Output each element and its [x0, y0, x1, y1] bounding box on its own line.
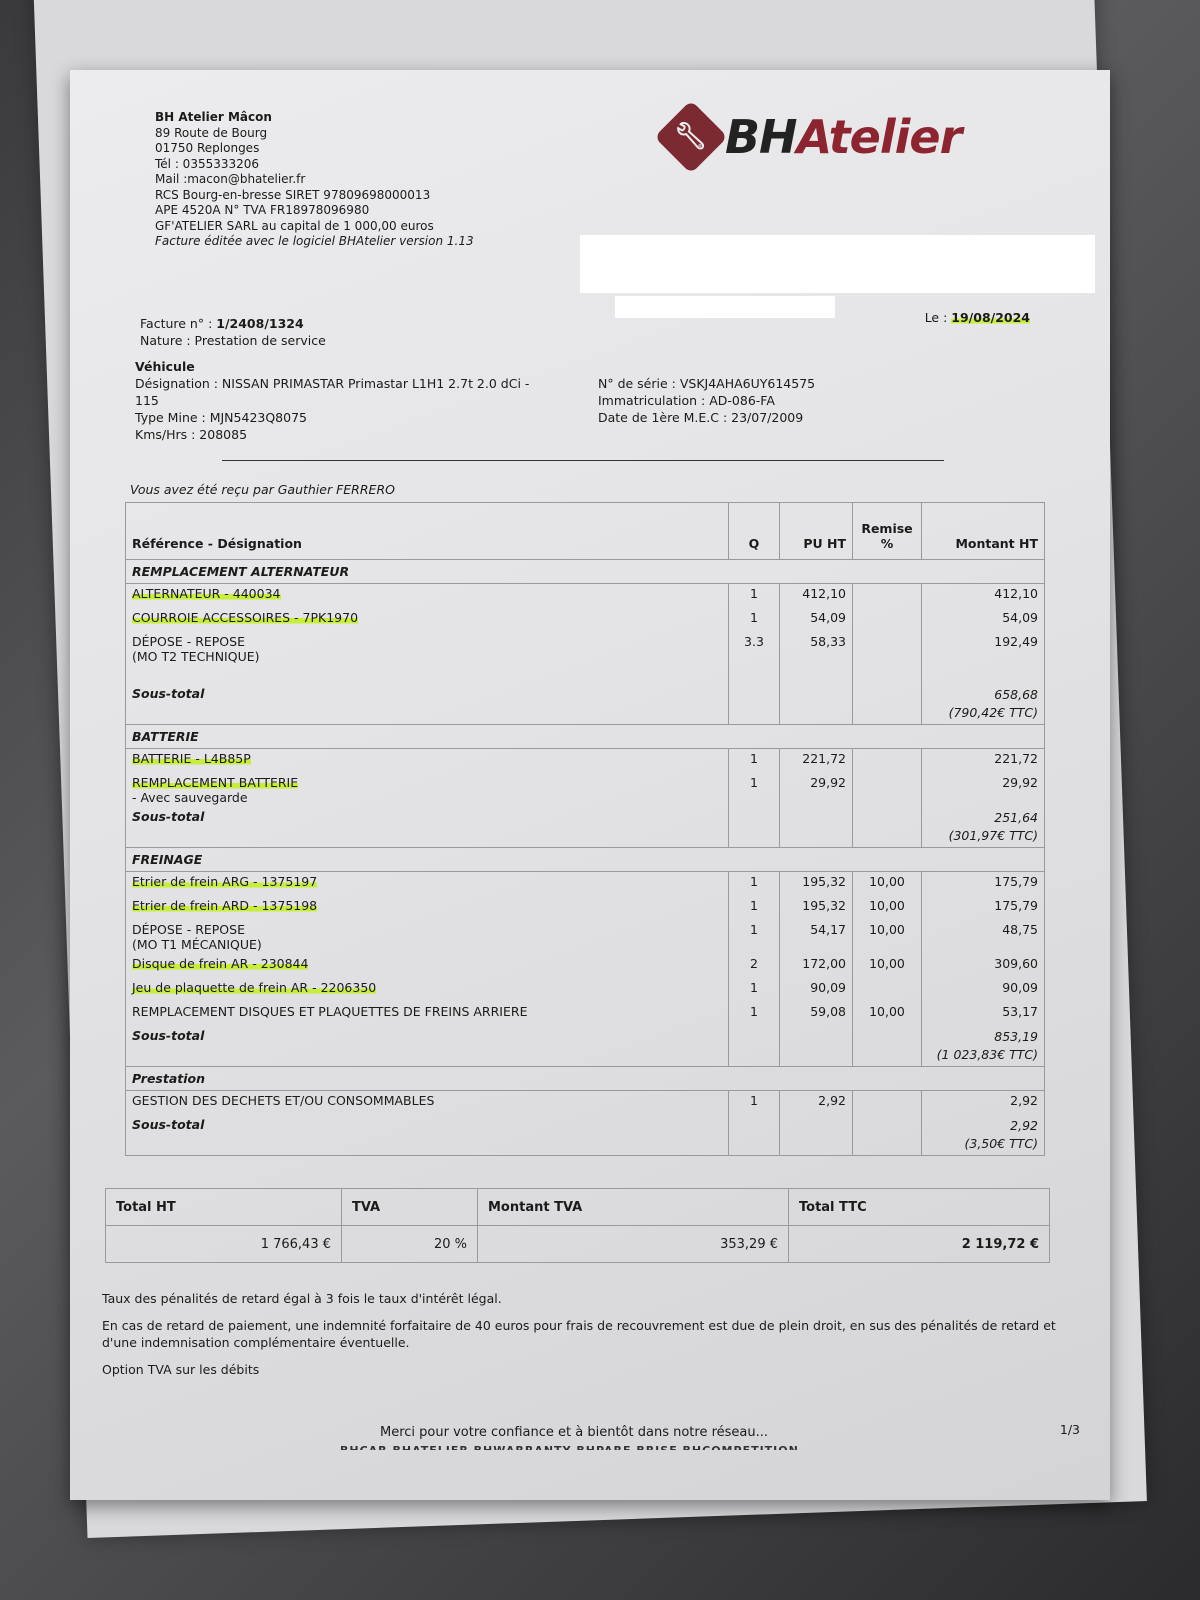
- item-unit-price: 172,00: [780, 954, 853, 978]
- item-label: DÉPOSE - REPOSE: [132, 922, 245, 937]
- footer-thanks: Merci pour votre confiance et à bientôt …: [380, 1425, 768, 1440]
- subtotal-amount: 658,68(790,42€ TTC): [922, 684, 1045, 725]
- item-label: Etrier de frein ARD - 1375198: [132, 898, 317, 913]
- invoice-meta: Facture n° : 1/2408/1324 Nature : Presta…: [140, 315, 326, 349]
- item-quantity: 1: [729, 584, 780, 609]
- subtotal-amount: 2,92(3,50€ TTC): [922, 1115, 1045, 1156]
- item-discount: [853, 773, 922, 807]
- subtotal-row: Sous-total658,68(790,42€ TTC): [126, 684, 1045, 725]
- item-label: Disque de frein AR - 230844: [132, 956, 308, 971]
- indemnity-note: En cas de retard de paiement, une indemn…: [102, 1317, 1062, 1351]
- item-discount: 10,00: [853, 954, 922, 978]
- item-unit-price: 195,32: [780, 896, 853, 920]
- item-discount: 10,00: [853, 1002, 922, 1026]
- table-row: REMPLACEMENT BATTERIE - Avec sauvegarde1…: [126, 773, 1045, 807]
- table-row: COURROIE ACCESSOIRES - 7PK1970154,0954,0…: [126, 608, 1045, 632]
- table-row: DÉPOSE - REPOSE(MO T1 MÉCANIQUE)154,1710…: [126, 920, 1045, 954]
- vehicle-info: Véhicule Désignation : NISSAN PRIMASTAR …: [135, 358, 555, 443]
- total-ttc-label: Total TTC: [789, 1189, 1050, 1226]
- company-mail: Mail :macon@bhatelier.fr: [155, 172, 474, 188]
- divider: [222, 460, 944, 461]
- subtotal-ht: 853,19: [928, 1028, 1038, 1046]
- subtotal-row: Sous-total853,19(1 023,83€ TTC): [126, 1026, 1045, 1067]
- item-quantity: 1: [729, 608, 780, 632]
- section-row: REMPLACEMENT ALTERNATEUR: [126, 560, 1045, 584]
- item-quantity: 1: [729, 978, 780, 1002]
- header-quantity: Q: [729, 503, 780, 560]
- invoice-date-label: Le :: [925, 310, 952, 325]
- item-label: Etrier de frein ARG - 1375197: [132, 874, 317, 889]
- table-row: Jeu de plaquette de frein AR - 220635019…: [126, 978, 1045, 1002]
- item-reference: GESTION DES DECHETS ET/OU CONSOMMABLES: [126, 1091, 729, 1116]
- vehicle-registration-info: N° de série : VSKJ4AHA6UY614575 Immatric…: [598, 375, 815, 426]
- table-row: Etrier de frein ARD - 13751981195,3210,0…: [126, 896, 1045, 920]
- item-unit-price: 2,92: [780, 1091, 853, 1116]
- subtotal-amount: 853,19(1 023,83€ TTC): [922, 1026, 1045, 1067]
- section-title: FREINAGE: [126, 848, 1045, 872]
- vehicle-type-mine: Type Mine : MJN5423Q8075: [135, 409, 555, 426]
- logo-text-atelier: Atelier: [797, 110, 962, 164]
- item-reference: Etrier de frein ARG - 1375197: [126, 872, 729, 897]
- section-title: BATTERIE: [126, 725, 1045, 749]
- item-reference: DÉPOSE - REPOSE(MO T2 TECHNIQUE): [126, 632, 729, 666]
- item-reference: Disque de frein AR - 230844: [126, 954, 729, 978]
- tva-label: TVA: [342, 1189, 478, 1226]
- section-title: Prestation: [126, 1067, 1045, 1091]
- item-discount: 10,00: [853, 920, 922, 954]
- received-by: Vous avez été reçu par Gauthier FERRERO: [130, 482, 395, 497]
- item-quantity: 1: [729, 896, 780, 920]
- table-row: ALTERNATEUR - 4400341412,10412,10: [126, 584, 1045, 609]
- item-quantity: 3.3: [729, 632, 780, 666]
- item-sublabel: (MO T2 TECHNIQUE): [132, 649, 722, 664]
- item-quantity: 1: [729, 1002, 780, 1026]
- item-amount: 54,09: [922, 608, 1045, 632]
- bhatelier-logo: 🔧︎ BHAtelier: [665, 110, 961, 164]
- item-quantity: 1: [729, 749, 780, 774]
- tva-option-note: Option TVA sur les débits: [102, 1361, 1062, 1378]
- item-unit-price: 221,72: [780, 749, 853, 774]
- item-reference: Jeu de plaquette de frein AR - 2206350: [126, 978, 729, 1002]
- item-discount: [853, 632, 922, 666]
- spacer-row: [126, 666, 1045, 684]
- table-row: REMPLACEMENT DISQUES ET PLAQUETTES DE FR…: [126, 1002, 1045, 1026]
- redacted-customer-name: [580, 235, 1095, 293]
- item-amount: 48,75: [922, 920, 1045, 954]
- item-reference: COURROIE ACCESSOIRES - 7PK1970: [126, 608, 729, 632]
- section-row: BATTERIE: [126, 725, 1045, 749]
- subtotal-ttc: (3,50€ TTC): [928, 1135, 1038, 1153]
- vehicle-designation: Désignation : NISSAN PRIMASTAR Primastar…: [135, 375, 555, 409]
- total-ht-value: 1 766,43 €: [106, 1226, 342, 1263]
- vehicle-registration: Immatriculation : AD-086-FA: [598, 392, 815, 409]
- item-amount: 2,92: [922, 1091, 1045, 1116]
- item-sublabel: (MO T1 MÉCANIQUE): [132, 937, 722, 952]
- subtotal-label: Sous-total: [126, 684, 729, 725]
- item-quantity: 1: [729, 1091, 780, 1116]
- item-label: COURROIE ACCESSOIRES - 7PK1970: [132, 610, 358, 625]
- item-label: REMPLACEMENT DISQUES ET PLAQUETTES DE FR…: [132, 1004, 527, 1019]
- item-unit-price: 195,32: [780, 872, 853, 897]
- item-label: REMPLACEMENT BATTERIE: [132, 775, 298, 790]
- company-phone: Tél : 0355333206: [155, 157, 474, 173]
- invoice-page: BH Atelier Mâcon 89 Route de Bourg 01750…: [70, 70, 1110, 1500]
- item-amount: 175,79: [922, 872, 1045, 897]
- item-unit-price: 29,92: [780, 773, 853, 807]
- subtotal-ttc: (790,42€ TTC): [928, 704, 1038, 722]
- subtotal-ht: 2,92: [928, 1117, 1038, 1135]
- vehicle-serial: N° de série : VSKJ4AHA6UY614575: [598, 375, 815, 392]
- table-row: GESTION DES DECHETS ET/OU CONSOMMABLES12…: [126, 1091, 1045, 1116]
- item-reference: REMPLACEMENT BATTERIE - Avec sauvegarde: [126, 773, 729, 807]
- section-row: FREINAGE: [126, 848, 1045, 872]
- company-capital: GF'ATELIER SARL au capital de 1 000,00 e…: [155, 219, 474, 235]
- subtotal-row: Sous-total2,92(3,50€ TTC): [126, 1115, 1045, 1156]
- item-label: BATTERIE - L4B85P: [132, 751, 251, 766]
- item-discount: [853, 978, 922, 1002]
- subtotal-ht: 251,64: [928, 809, 1038, 827]
- item-discount: [853, 608, 922, 632]
- page-number: 1/3: [1060, 1422, 1080, 1437]
- item-amount: 309,60: [922, 954, 1045, 978]
- montant-tva-label: Montant TVA: [478, 1189, 789, 1226]
- invoice-number: 1/2408/1324: [216, 316, 303, 331]
- table-row: DÉPOSE - REPOSE(MO T2 TECHNIQUE)3.358,33…: [126, 632, 1045, 666]
- section-row: Prestation: [126, 1067, 1045, 1091]
- item-unit-price: 54,09: [780, 608, 853, 632]
- vehicle-kms: Kms/Hrs : 208085: [135, 426, 555, 443]
- item-label: ALTERNATEUR - 440034: [132, 586, 281, 601]
- item-reference: REMPLACEMENT DISQUES ET PLAQUETTES DE FR…: [126, 1002, 729, 1026]
- section-title: REMPLACEMENT ALTERNATEUR: [126, 560, 1045, 584]
- total-ht-label: Total HT: [106, 1189, 342, 1226]
- item-discount: 10,00: [853, 896, 922, 920]
- subtotal-label: Sous-total: [126, 807, 729, 848]
- invoice-date: Le : 19/08/2024: [925, 310, 1030, 325]
- item-discount: [853, 749, 922, 774]
- company-rcs: RCS Bourg-en-bresse SIRET 97809698000013: [155, 188, 474, 204]
- redacted-customer-address: [615, 296, 835, 318]
- header-amount: Montant HT: [922, 503, 1045, 560]
- item-discount: [853, 584, 922, 609]
- company-ape: APE 4520A N° TVA FR18978096980: [155, 203, 474, 219]
- table-row: BATTERIE - L4B85P1221,72221,72: [126, 749, 1045, 774]
- subtotal-amount: 251,64(301,97€ TTC): [922, 807, 1045, 848]
- total-ttc-value: 2 119,72 €: [789, 1226, 1050, 1263]
- item-quantity: 1: [729, 920, 780, 954]
- invoice-items-table: Référence - Désignation Q PU HT Remise %…: [125, 502, 1045, 1156]
- subtotal-ttc: (1 023,83€ TTC): [928, 1046, 1038, 1064]
- subtotal-ht: 658,68: [928, 686, 1038, 704]
- items-body: REMPLACEMENT ALTERNATEURALTERNATEUR - 44…: [126, 560, 1045, 1156]
- subtotal-ttc: (301,97€ TTC): [928, 827, 1038, 845]
- item-unit-price: 412,10: [780, 584, 853, 609]
- item-amount: 90,09: [922, 978, 1045, 1002]
- item-discount: 10,00: [853, 872, 922, 897]
- item-quantity: 1: [729, 773, 780, 807]
- item-unit-price: 54,17: [780, 920, 853, 954]
- item-reference: ALTERNATEUR - 440034: [126, 584, 729, 609]
- item-unit-price: 59,08: [780, 1002, 853, 1026]
- logo-text-bh: BH: [725, 110, 797, 164]
- item-amount: 412,10: [922, 584, 1045, 609]
- item-unit-price: 58,33: [780, 632, 853, 666]
- wrench-icon: 🔧︎: [654, 100, 728, 174]
- table-row: Etrier de frein ARG - 13751971195,3210,0…: [126, 872, 1045, 897]
- company-name: BH Atelier Mâcon: [155, 110, 474, 126]
- item-reference: Etrier de frein ARD - 1375198: [126, 896, 729, 920]
- item-reference: DÉPOSE - REPOSE(MO T1 MÉCANIQUE): [126, 920, 729, 954]
- legal-notes: Taux des pénalités de retard égal à 3 fo…: [102, 1290, 1062, 1388]
- header-reference: Référence - Désignation: [126, 503, 729, 560]
- invoice-number-label: Facture n° :: [140, 316, 216, 331]
- company-address2: 01750 Replonges: [155, 141, 474, 157]
- item-unit-price: 90,09: [780, 978, 853, 1002]
- item-quantity: 2: [729, 954, 780, 978]
- item-reference: BATTERIE - L4B85P: [126, 749, 729, 774]
- invoice-nature: Nature : Prestation de service: [140, 332, 326, 349]
- tva-value: 20 %: [342, 1226, 478, 1263]
- subtotal-row: Sous-total251,64(301,97€ TTC): [126, 807, 1045, 848]
- footer-brands: BHCAR BHATELIER BHWARRANTY BHPARE BRISE …: [340, 1444, 799, 1450]
- vehicle-title: Véhicule: [135, 358, 555, 375]
- header-discount: Remise %: [853, 503, 922, 560]
- item-sublabel: - Avec sauvegarde: [132, 790, 722, 805]
- item-discount: [853, 1091, 922, 1116]
- item-amount: 29,92: [922, 773, 1045, 807]
- item-label: DÉPOSE - REPOSE: [132, 634, 245, 649]
- item-amount: 175,79: [922, 896, 1045, 920]
- item-label: Jeu de plaquette de frein AR - 2206350: [132, 980, 376, 995]
- vehicle-first-registration: Date de 1ère M.E.C : 23/07/2009: [598, 409, 815, 426]
- item-quantity: 1: [729, 872, 780, 897]
- table-row: Disque de frein AR - 2308442172,0010,003…: [126, 954, 1045, 978]
- totals-table: Total HT TVA Montant TVA Total TTC 1 766…: [105, 1188, 1050, 1263]
- item-amount: 192,49: [922, 632, 1045, 666]
- company-address1: 89 Route de Bourg: [155, 126, 474, 142]
- item-label: GESTION DES DECHETS ET/OU CONSOMMABLES: [132, 1093, 434, 1108]
- invoice-date-value: 19/08/2024: [951, 310, 1030, 325]
- subtotal-label: Sous-total: [126, 1026, 729, 1067]
- item-amount: 221,72: [922, 749, 1045, 774]
- header-unit-price: PU HT: [780, 503, 853, 560]
- montant-tva-value: 353,29 €: [478, 1226, 789, 1263]
- subtotal-label: Sous-total: [126, 1115, 729, 1156]
- company-block: BH Atelier Mâcon 89 Route de Bourg 01750…: [155, 110, 474, 250]
- penalties-note: Taux des pénalités de retard égal à 3 fo…: [102, 1290, 1062, 1307]
- software-note: Facture éditée avec le logiciel BHAtelie…: [155, 234, 474, 250]
- item-amount: 53,17: [922, 1002, 1045, 1026]
